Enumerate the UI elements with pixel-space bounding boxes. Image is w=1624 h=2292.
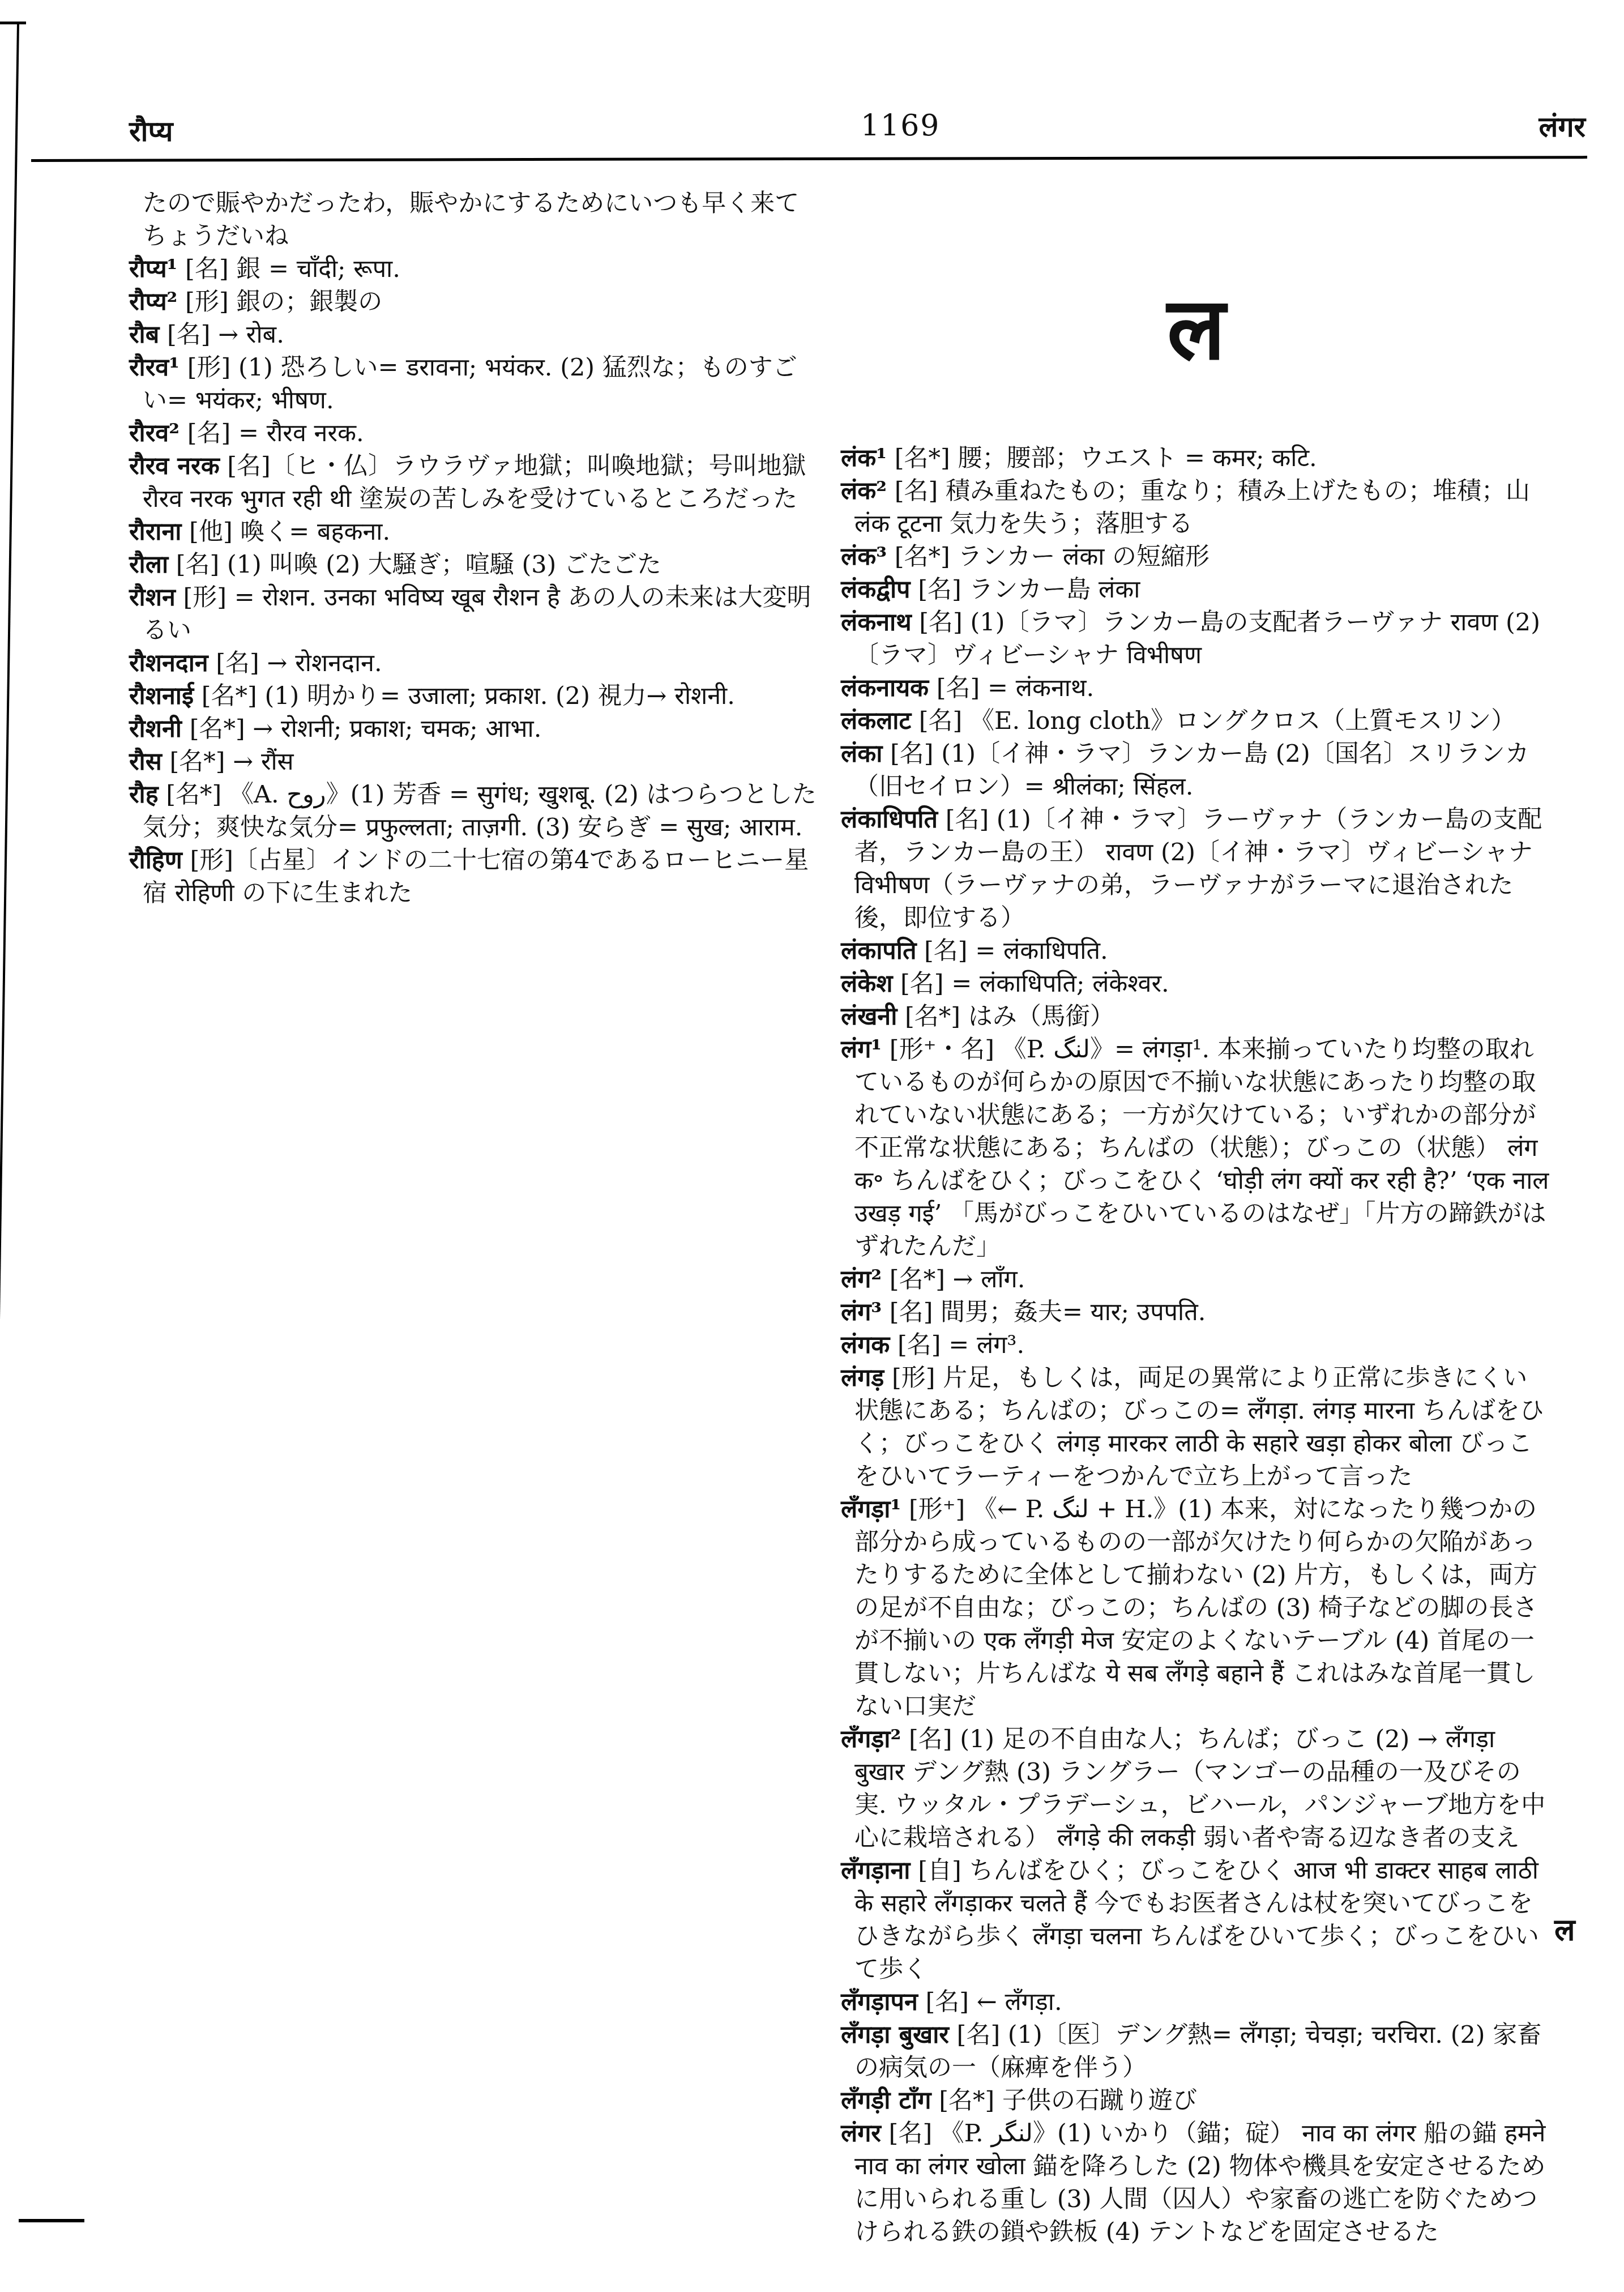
dictionary-entry: लंकाधिपति [名] (1)〔イ神・ラマ〕ラーヴァナ（ランカー島の支配者，…: [841, 803, 1552, 934]
left-column: たので賑やかだったわ，賑やかにするためにいつも早く来てちょうだいね रौप्य¹…: [129, 187, 817, 910]
entry-body: [名] (1) 足の不自由な人；ちんば；びっこ (2) → लँगड़ा बुख…: [854, 1725, 1545, 1852]
entry-body: [他] 喚く= बहकना.: [181, 518, 390, 546]
entry-body: [形⁺] 《← P. لنگ + H.》(1) 本来，対になったり幾つかの部分か…: [854, 1495, 1537, 1721]
headword: लंकनायक: [841, 674, 929, 702]
entry-body: [名] = लंग³.: [890, 1331, 1024, 1359]
headword: लंकेश: [841, 970, 892, 998]
headword: लंगक: [841, 1331, 890, 1359]
dictionary-entry: रौशनदान [名] → रोशनदान.: [129, 647, 817, 680]
headword: लंखनी: [841, 1002, 897, 1031]
dictionary-entry: लंकद्वीप [名] ランカー島 लंका: [841, 573, 1552, 606]
entry-body: [名] (1)〔イ神・ラマ〕ラーヴァナ（ランカー島の支配者，ランカー島の王） र…: [854, 805, 1542, 932]
dictionary-entry: लंका [名] (1)〔イ神・ラマ〕ランカー島 (2)〔国名〕スリランカ（旧セ…: [841, 737, 1552, 803]
headword: रौला: [129, 550, 168, 579]
entry-body: [名*] 子供の石蹴り遊び: [931, 2086, 1197, 2115]
dictionary-entry: लँगड़ा बुखार [名] (1)〔医〕デング熱= लँगड़ा; चेच…: [841, 2018, 1552, 2084]
dictionary-entry: लंगक [名] = लंग³.: [841, 1329, 1552, 1361]
headword: रौप्य²: [129, 288, 177, 316]
headword: लंगर: [841, 2119, 881, 2148]
dictionary-entry: लंक¹ [名*] 腰；腰部；ウエスト = कमर; कटि.: [841, 442, 1552, 475]
headword: रौब: [129, 321, 159, 349]
entry-body: [名] 《E. long cloth》ロングクロス（上質モスリン）: [911, 707, 1515, 735]
headword: लंग¹: [841, 1035, 882, 1064]
dictionary-entry: रौहिण [形]〔占星〕インドの二十七宿の第4であるローヒニー星宿 रोहिण…: [129, 844, 817, 910]
dictionary-entry: रौरव¹ [形] (1) 恐ろしい= डरावना; भयंकर. (2) 猛…: [129, 351, 817, 417]
entry-body: [自] ちんばをひく；びっこをひく आज भी डाक्टर साहब लाठी…: [854, 1856, 1539, 1983]
headword: लंग²: [841, 1265, 882, 1294]
scan-corner-mark-bottom: [19, 2219, 84, 2222]
dictionary-entry: लंकेश [名] = लंकाधिपति; लंकेश्वर.: [841, 967, 1552, 1000]
header-divider-rule: [31, 156, 1587, 162]
dictionary-entry: लंग³ [名] 間男；姦夫= यार; उपपति.: [841, 1296, 1552, 1329]
entry-body: [形] 片足，もしくは，両足の異常により正常に歩きにくい状態にある；ちんばの；び…: [854, 1364, 1544, 1491]
dictionary-entry: लँगड़ा¹ [形⁺] 《← P. لنگ + H.》(1) 本来，対になった…: [841, 1493, 1552, 1723]
dictionary-entry: लंक³ [名*] ランカー लंका の短縮形: [841, 540, 1552, 573]
headword: लँगड़ा बुखार: [841, 2021, 949, 2049]
headword: लंगड़: [841, 1364, 884, 1392]
headword: रौशनी: [129, 715, 182, 743]
headword: रौराना: [129, 518, 181, 546]
dictionary-entry: रौराना [他] 喚く= बहकना.: [129, 515, 817, 548]
entry-body: [名] = रौरव नरक.: [180, 419, 364, 447]
entry-body: [形]〔占星〕インドの二十七宿の第4であるローヒニー星宿 रोहिणी の下に生…: [143, 846, 809, 907]
dictionary-entry: रौस [名*] → रौंस: [129, 745, 817, 778]
headword: रौरव नरक: [129, 452, 220, 480]
dictionary-entry: लंगर [名] 《P. لنگر》(1) いかり（錨；碇） नाव का लं…: [841, 2117, 1552, 2248]
dictionary-entry: लंक² [名] 積み重ねたもの；重なり；積み上げたもの；堆積；山 लंक टू…: [841, 475, 1552, 540]
dictionary-entry: लँगड़ी टाँग [名*] 子供の石蹴り遊び: [841, 2084, 1552, 2117]
scan-corner-mark-top: [0, 22, 26, 24]
entry-body: [名] = लंकाधिपति; लंकेश्वर.: [892, 970, 1169, 998]
dictionary-entry: लँगड़ाना [自] ちんばをひく；びっこをひく आज भी डाक्टर …: [841, 1854, 1552, 1986]
entry-body: [名] → रोब.: [159, 321, 284, 349]
dictionary-entry: रौशनाई [名*] (1) 明かり= उजाला; प्रकाश. (2) …: [129, 680, 817, 712]
entry-body: [名] 銀 = चाँदी; रूपा.: [177, 255, 400, 283]
page-number: 1169: [861, 109, 940, 143]
dictionary-entry: लंकनायक [名] = लंकनाथ.: [841, 672, 1552, 705]
entry-body: [名*] 《A. روح》(1) 芳香 = सुगंध; खुशबू. (2) …: [143, 780, 817, 842]
entry-body: [名] ← लँगड़ा.: [918, 1988, 1062, 2016]
entry-body: [名*] 腰；腰部；ウエスト = कमर; कटि.: [887, 444, 1317, 472]
dictionary-entry: लँगड़ा² [名] (1) 足の不自由な人；ちんば；びっこ (2) → लँ…: [841, 1723, 1552, 1854]
entry-body: [名*] ランカー लंका の短縮形: [887, 543, 1210, 571]
dictionary-entry: रौला [名] (1) 叫喚 (2) 大騒ぎ；喧騒 (3) ごたごた: [129, 548, 817, 581]
headword: लँगड़ा¹: [841, 1495, 901, 1523]
headword: रौरव²: [129, 419, 180, 447]
headword: लंकनाथ: [841, 608, 912, 637]
entry-body: [名*] (1) 明かり= उजाला; प्रकाश. (2) 視力→ रोश…: [194, 682, 735, 710]
running-head-last-word: लंगर: [1495, 106, 1585, 145]
headword: लँगड़ा²: [841, 1725, 901, 1753]
entry-body: [名] 間男；姦夫= यार; उपपति.: [882, 1298, 1206, 1326]
entry-body: [形⁺・名] 《P. لنگ》= लंगड़ा¹. 本来揃っていたり均整の取れて…: [854, 1035, 1549, 1261]
headword: लँगड़ापन: [841, 1988, 918, 2016]
headword: लंक¹: [841, 444, 887, 472]
headword: रौप्य¹: [129, 255, 177, 283]
dictionary-entry: रौशनी [名*] → रोशनी; प्रकाश; चमक; आभा.: [129, 712, 817, 745]
entry-body: [名*] はみ（馬銜）: [897, 1002, 1114, 1031]
entry-body: [名] 《P. لنگر》(1) いかり（錨；碇） नाव का लंगर 船の…: [854, 2119, 1546, 2246]
headword: लंकलाट: [841, 707, 911, 735]
headword: लंग³: [841, 1298, 882, 1326]
continuation-paragraph: たので賑やかだったわ，賑やかにするためにいつも早く来てちょうだいね: [129, 187, 817, 253]
entry-body: [名] (1) 叫喚 (2) 大騒ぎ；喧騒 (3) ごたごた: [168, 550, 661, 579]
dictionary-entry: लंखनी [名*] はみ（馬銜）: [841, 1000, 1552, 1033]
headword: लंकापति: [841, 937, 916, 965]
dictionary-entry: रौप्य¹ [名] 銀 = चाँदी; रूपा.: [129, 253, 817, 285]
headword: लँगड़ाना: [841, 1856, 911, 1885]
headword: रौस: [129, 748, 162, 776]
entry-body: [名] (1)〔医〕デング熱= लँगड़ा; चेचड़ा; चरचिरा. …: [854, 2021, 1541, 2082]
scan-edge-line: [0, 23, 19, 2220]
entry-body: [名] (1)〔イ神・ラマ〕ランカー島 (2)〔国名〕スリランカ（旧セイロン）=…: [854, 740, 1529, 801]
headword: रौशन: [129, 583, 176, 612]
headword: रौशनदान: [129, 649, 208, 677]
section-letter-heading: ल: [841, 283, 1552, 374]
section-margin-tab: ल: [1554, 1907, 1575, 1949]
dictionary-entry: लंकलाट [名] 《E. long cloth》ロングクロス（上質モスリン）: [841, 705, 1552, 737]
entry-body: [名*] → रौंस: [162, 748, 294, 776]
dictionary-entry: रौरव² [名] = रौरव नरक.: [129, 417, 817, 450]
dictionary-entry: रौह [名*] 《A. روح》(1) 芳香 = सुगंध; खुशबू. …: [129, 778, 817, 844]
dictionary-entry: रौरव नरक [名]〔ヒ・仏〕ラウラヴァ地獄；叫喚地獄；号叫地獄 रौरव …: [129, 450, 817, 515]
dictionary-entry: लंग² [名*] → लाँग.: [841, 1263, 1552, 1296]
headword: लंकद्वीप: [841, 575, 910, 604]
entry-body: [形] = रोशन. उनका भविष्य खूब रौशन है あの人の…: [143, 583, 811, 645]
entry-body: [名] = लंकाधिपति.: [916, 937, 1108, 965]
entry-body: [名] → रोशनदान.: [208, 649, 382, 677]
headword: लँगड़ी टाँग: [841, 2086, 931, 2115]
entry-body: [形] 銀の；銀製の: [177, 288, 382, 316]
entry-body: [名*] → रोशनी; प्रकाश; चमक; आभा.: [182, 715, 541, 743]
headword: रौह: [129, 780, 159, 809]
entry-body: [名*] → लाँग.: [882, 1265, 1025, 1294]
entry-body: [名] = लंकनाथ.: [929, 674, 1094, 702]
dictionary-entry: लंगड़ [形] 片足，もしくは，両足の異常により正常に歩きにくい状態にある；…: [841, 1361, 1552, 1493]
headword: लंक²: [841, 477, 887, 505]
dictionary-page: रौप्य 1169 लंगर たので賑やかだったわ，賑やかにするためにいつも早…: [0, 0, 1624, 2292]
right-column: ल लंक¹ [名*] 腰；腰部；ウエスト = कमर; कटि. लंक² […: [841, 187, 1552, 2248]
dictionary-entry: लँगड़ापन [名] ← लँगड़ा.: [841, 1986, 1552, 2018]
headword: लंका: [841, 740, 882, 768]
dictionary-entry: रौशन [形] = रोशन. उनका भविष्य खूब रौशन है…: [129, 581, 817, 647]
dictionary-entry: लंग¹ [形⁺・名] 《P. لنگ》= लंगड़ा¹. 本来揃っていたり均…: [841, 1033, 1552, 1263]
dictionary-entry: रौब [名] → रोब.: [129, 318, 817, 351]
headword: लंक³: [841, 543, 887, 571]
right-column-entries: लंक¹ [名*] 腰；腰部；ウエスト = कमर; कटि. लंक² [名]…: [841, 442, 1552, 2248]
entry-body: [名]〔ヒ・仏〕ラウラヴァ地獄；叫喚地獄；号叫地獄 रौरव नरक भुगत …: [143, 452, 806, 513]
headword: रौहिण: [129, 846, 182, 874]
entry-body: [形] (1) 恐ろしい= डरावना; भयंकर. (2) 猛烈な；ものす…: [143, 353, 797, 415]
dictionary-entry: लंकापति [名] = लंकाधिपति.: [841, 934, 1552, 967]
dictionary-entry: रौप्य² [形] 銀の；銀製の: [129, 285, 817, 318]
headword: लंकाधिपति: [841, 805, 938, 834]
headword: रौरव¹: [129, 353, 180, 382]
dictionary-entry: लंकनाथ [名] (1)〔ラマ〕ランカー島の支配者ラーヴァナ रावण (2…: [841, 606, 1552, 672]
headword: रौशनाई: [129, 682, 194, 710]
entry-body: [名] 積み重ねたもの；重なり；積み上げたもの；堆積；山 लंक टूटना 気…: [854, 477, 1530, 538]
entry-body: [名] (1)〔ラマ〕ランカー島の支配者ラーヴァナ रावण (2)〔ラマ〕ヴィ…: [854, 608, 1540, 669]
running-head-first-word: रौप्य: [129, 111, 173, 150]
entry-body: [名] ランカー島 लंका: [910, 575, 1140, 604]
left-column-entries: रौप्य¹ [名] 銀 = चाँदी; रूपा. रौप्य² [形] 銀…: [129, 253, 817, 910]
